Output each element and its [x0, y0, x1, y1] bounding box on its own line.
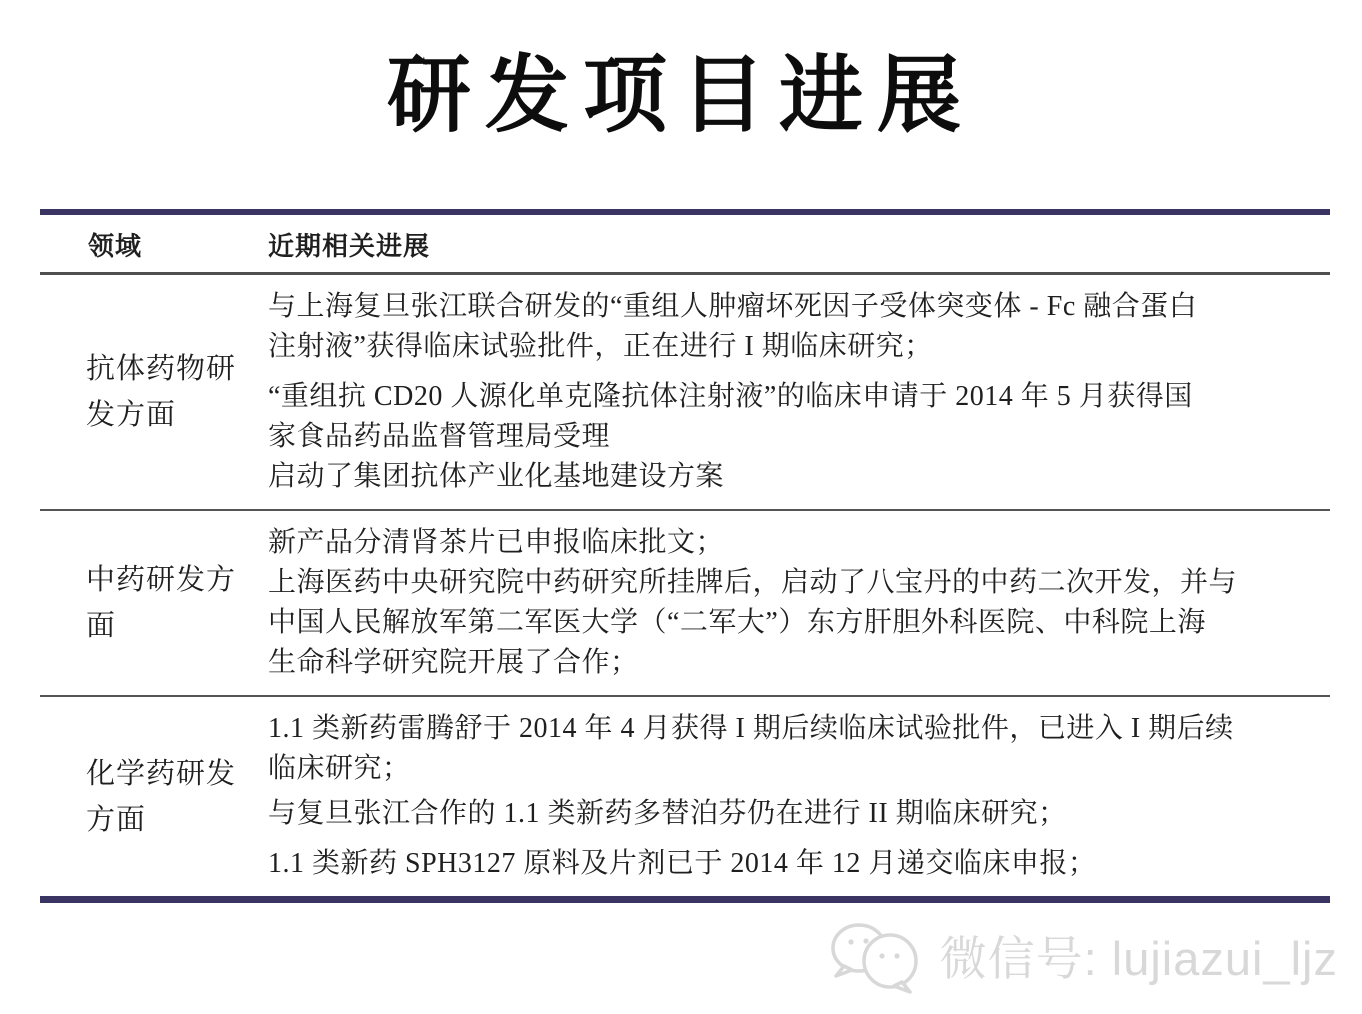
progress-line: 新产品分清肾茶片已申报临床批文； [268, 523, 1324, 563]
slide: 研发项目进展 领域 近期相关进展 抗体药物研发方面 与上海复旦张江联合研发的“重… [0, 0, 1362, 1014]
col-header-field: 领域 [40, 226, 220, 263]
progress-table: 领域 近期相关进展 抗体药物研发方面 与上海复旦张江联合研发的“重组人肿瘤坏死因… [40, 209, 1330, 903]
field-label: 抗体药物研发方面 [86, 346, 244, 438]
progress-line: 1.1 类新药 SPH3127 原料及片剂已于 2014 年 12 月递交临床申… [268, 844, 1324, 884]
progress-line: 家食品药品监督管理局受理 [268, 417, 1324, 457]
progress-line: “重组抗 CD20 人源化单克隆抗体注射液”的临床申请于 2014 年 5 月获… [268, 377, 1324, 417]
progress-line: 启动了集团抗体产业化基地建设方案 [268, 457, 1324, 497]
progress-line: 生命科学研究院开展了合作； [268, 643, 1324, 683]
page-title: 研发项目进展 [0, 28, 1362, 149]
progress-cell: 1.1 类新药雷腾舒于 2014 年 4 月获得 I 期后续临床试验批件，已进入… [268, 697, 1330, 896]
field-label: 化学药研发方面 [86, 751, 244, 843]
table-header-row: 领域 近期相关进展 [40, 215, 1330, 275]
progress-line: 注射液”获得临床试验批件，正在进行 I 期临床研究； [268, 327, 1324, 367]
field-cell: 中药研发方面 [40, 511, 268, 695]
watermark-text: 微信号: lujiazui_ljz [940, 922, 1338, 989]
table-row-chemical: 化学药研发方面 1.1 类新药雷腾舒于 2014 年 4 月获得 I 期后续临床… [40, 697, 1330, 903]
field-cell: 化学药研发方面 [40, 697, 268, 896]
wechat-icon [826, 914, 926, 996]
progress-cell: 新产品分清肾茶片已申报临床批文； 上海医药中央研究院中药研究所挂牌后，启动了八宝… [268, 511, 1330, 695]
col-header-progress: 近期相关进展 [268, 226, 430, 263]
field-label: 中药研发方面 [86, 557, 244, 649]
table-row-tcm: 中药研发方面 新产品分清肾茶片已申报临床批文； 上海医药中央研究院中药研究所挂牌… [40, 511, 1330, 697]
progress-cell: 与上海复旦张江联合研发的“重组人肿瘤坏死因子受体突变体 - Fc 融合蛋白 注射… [268, 275, 1330, 509]
progress-line: 与复旦张江合作的 1.1 类新药多替泊芬仍在进行 II 期临床研究； [268, 794, 1324, 834]
field-cell: 抗体药物研发方面 [40, 275, 268, 509]
progress-line: 与上海复旦张江联合研发的“重组人肿瘤坏死因子受体突变体 - Fc 融合蛋白 [268, 287, 1324, 327]
progress-line: 上海医药中央研究院中药研究所挂牌后，启动了八宝丹的中药二次开发，并与 [268, 563, 1324, 603]
progress-line: 中国人民解放军第二军医大学（“二军大”）东方肝胆外科医院、中科院上海 [268, 603, 1324, 643]
watermark: 微信号: lujiazui_ljz [826, 914, 1338, 996]
table-row-antibody: 抗体药物研发方面 与上海复旦张江联合研发的“重组人肿瘤坏死因子受体突变体 - F… [40, 275, 1330, 511]
progress-line: 1.1 类新药雷腾舒于 2014 年 4 月获得 I 期后续临床试验批件，已进入… [268, 709, 1324, 749]
progress-line: 临床研究； [268, 749, 1324, 789]
